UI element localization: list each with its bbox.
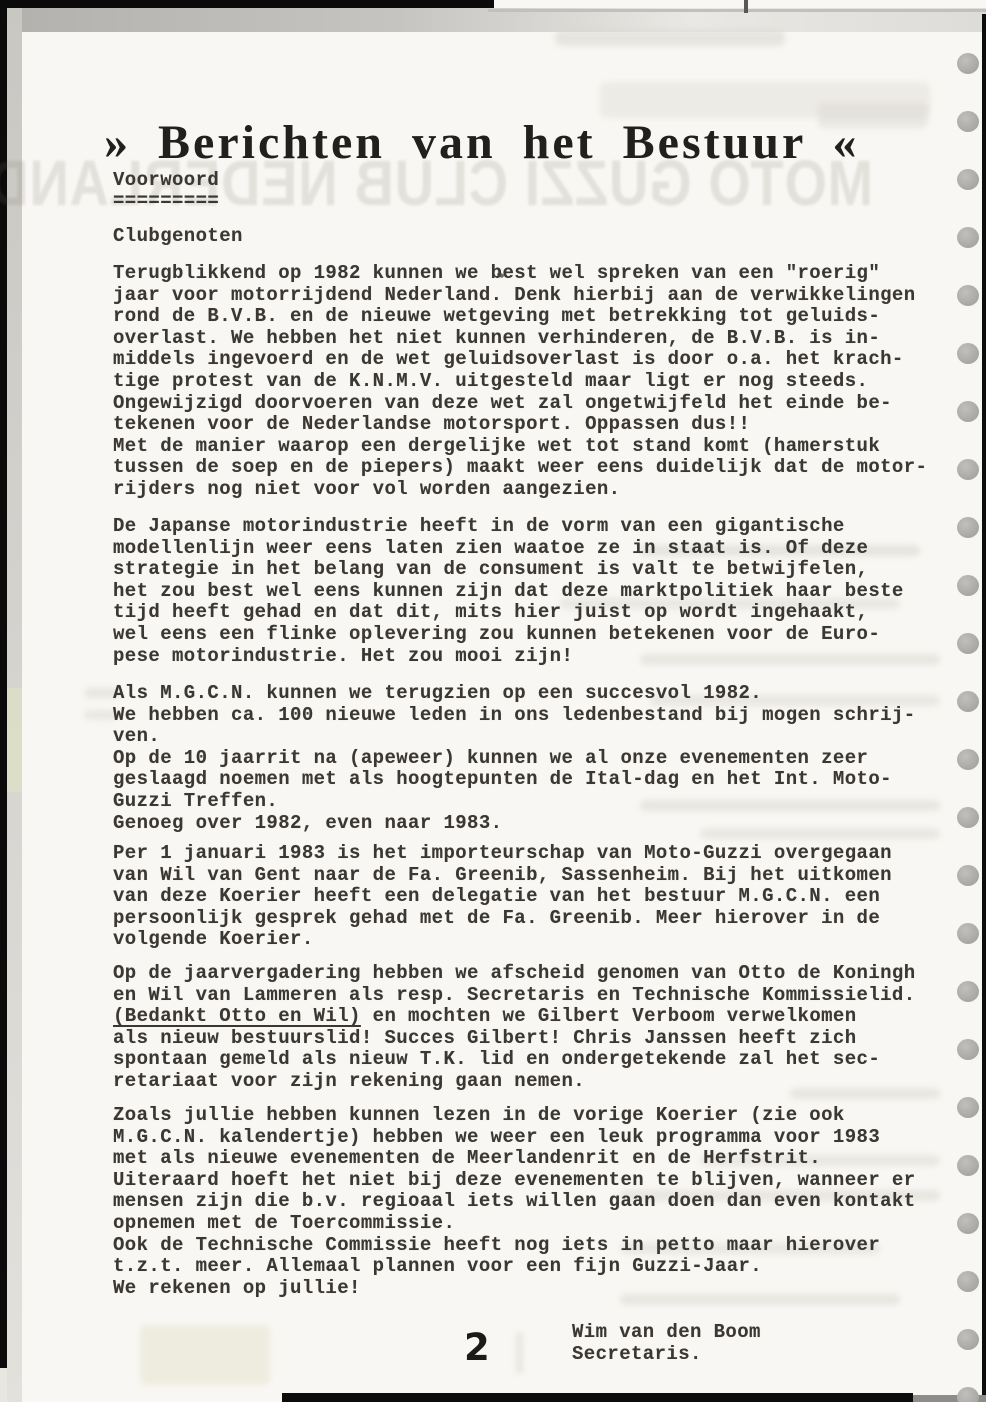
binder-hole	[957, 923, 979, 944]
binder-hole	[957, 1329, 979, 1350]
binder-hole	[957, 459, 979, 480]
binder-hole	[957, 807, 979, 828]
binder-hole	[957, 691, 979, 712]
bleedthrough-smudge	[555, 30, 785, 46]
binder-hole	[957, 169, 979, 190]
section-heading-underline: =========	[113, 191, 958, 213]
binder-hole	[957, 1039, 979, 1060]
binder-hole	[957, 1271, 979, 1292]
page-title: » Berichten van het Bestuur «	[104, 115, 859, 170]
paragraph-board-changes: Op de jaarvergadering hebben we afscheid…	[113, 963, 958, 1093]
binder-hole	[957, 285, 979, 306]
binder-hole	[957, 865, 979, 886]
binder-hole	[957, 1213, 979, 1234]
binder-hole	[957, 1097, 979, 1118]
binder-hole	[957, 343, 979, 364]
paragraph-board-changes-before: Op de jaarvergadering hebben we afscheid…	[113, 962, 916, 1006]
paragraph-mgcn-1982: Als M.G.C.N. kunnen we terugzien op een …	[113, 683, 958, 834]
page-number: 2	[464, 1326, 490, 1369]
binder-hole	[957, 1387, 979, 1402]
binder-hole	[957, 1155, 979, 1176]
paragraph-1983-program: Zoals jullie hebben kunnen lezen in de v…	[113, 1105, 958, 1299]
scan-edge-bottom	[282, 1393, 913, 1402]
binder-hole	[957, 401, 979, 422]
binder-hole	[957, 981, 979, 1002]
scan-edge-right	[982, 14, 986, 1402]
thanks-underlined-text: (Bedankt Otto en Wil)	[113, 1005, 361, 1027]
signature-block: Wim van den Boom Secretaris.	[572, 1322, 932, 1365]
paragraph-japanese-industry: De Japanse motorindustrie heeft in de vo…	[113, 516, 958, 667]
scan-artifact-line	[488, 9, 986, 12]
salutation: Clubgenoten	[113, 226, 958, 248]
scan-edge-top	[0, 0, 494, 8]
binder-hole	[957, 575, 979, 596]
scan-artifact-notch	[744, 0, 748, 13]
page-left-foot	[0, 1368, 7, 1402]
binder-hole	[957, 53, 979, 74]
binder-hole	[957, 111, 979, 132]
binder-hole	[957, 749, 979, 770]
bleedthrough-smudge	[516, 1332, 523, 1374]
section-heading: Voorwoord	[113, 170, 958, 192]
paragraph-retrospect-1982: Terugblikkend op 1982 kunnen we best wel…	[113, 263, 958, 501]
binder-hole	[957, 227, 979, 248]
binder-hole	[957, 633, 979, 654]
binder-hole	[957, 517, 979, 538]
paragraph-importer-change: Per 1 januari 1983 is het importeurschap…	[113, 843, 958, 951]
bleedthrough-smudge	[140, 1325, 270, 1385]
